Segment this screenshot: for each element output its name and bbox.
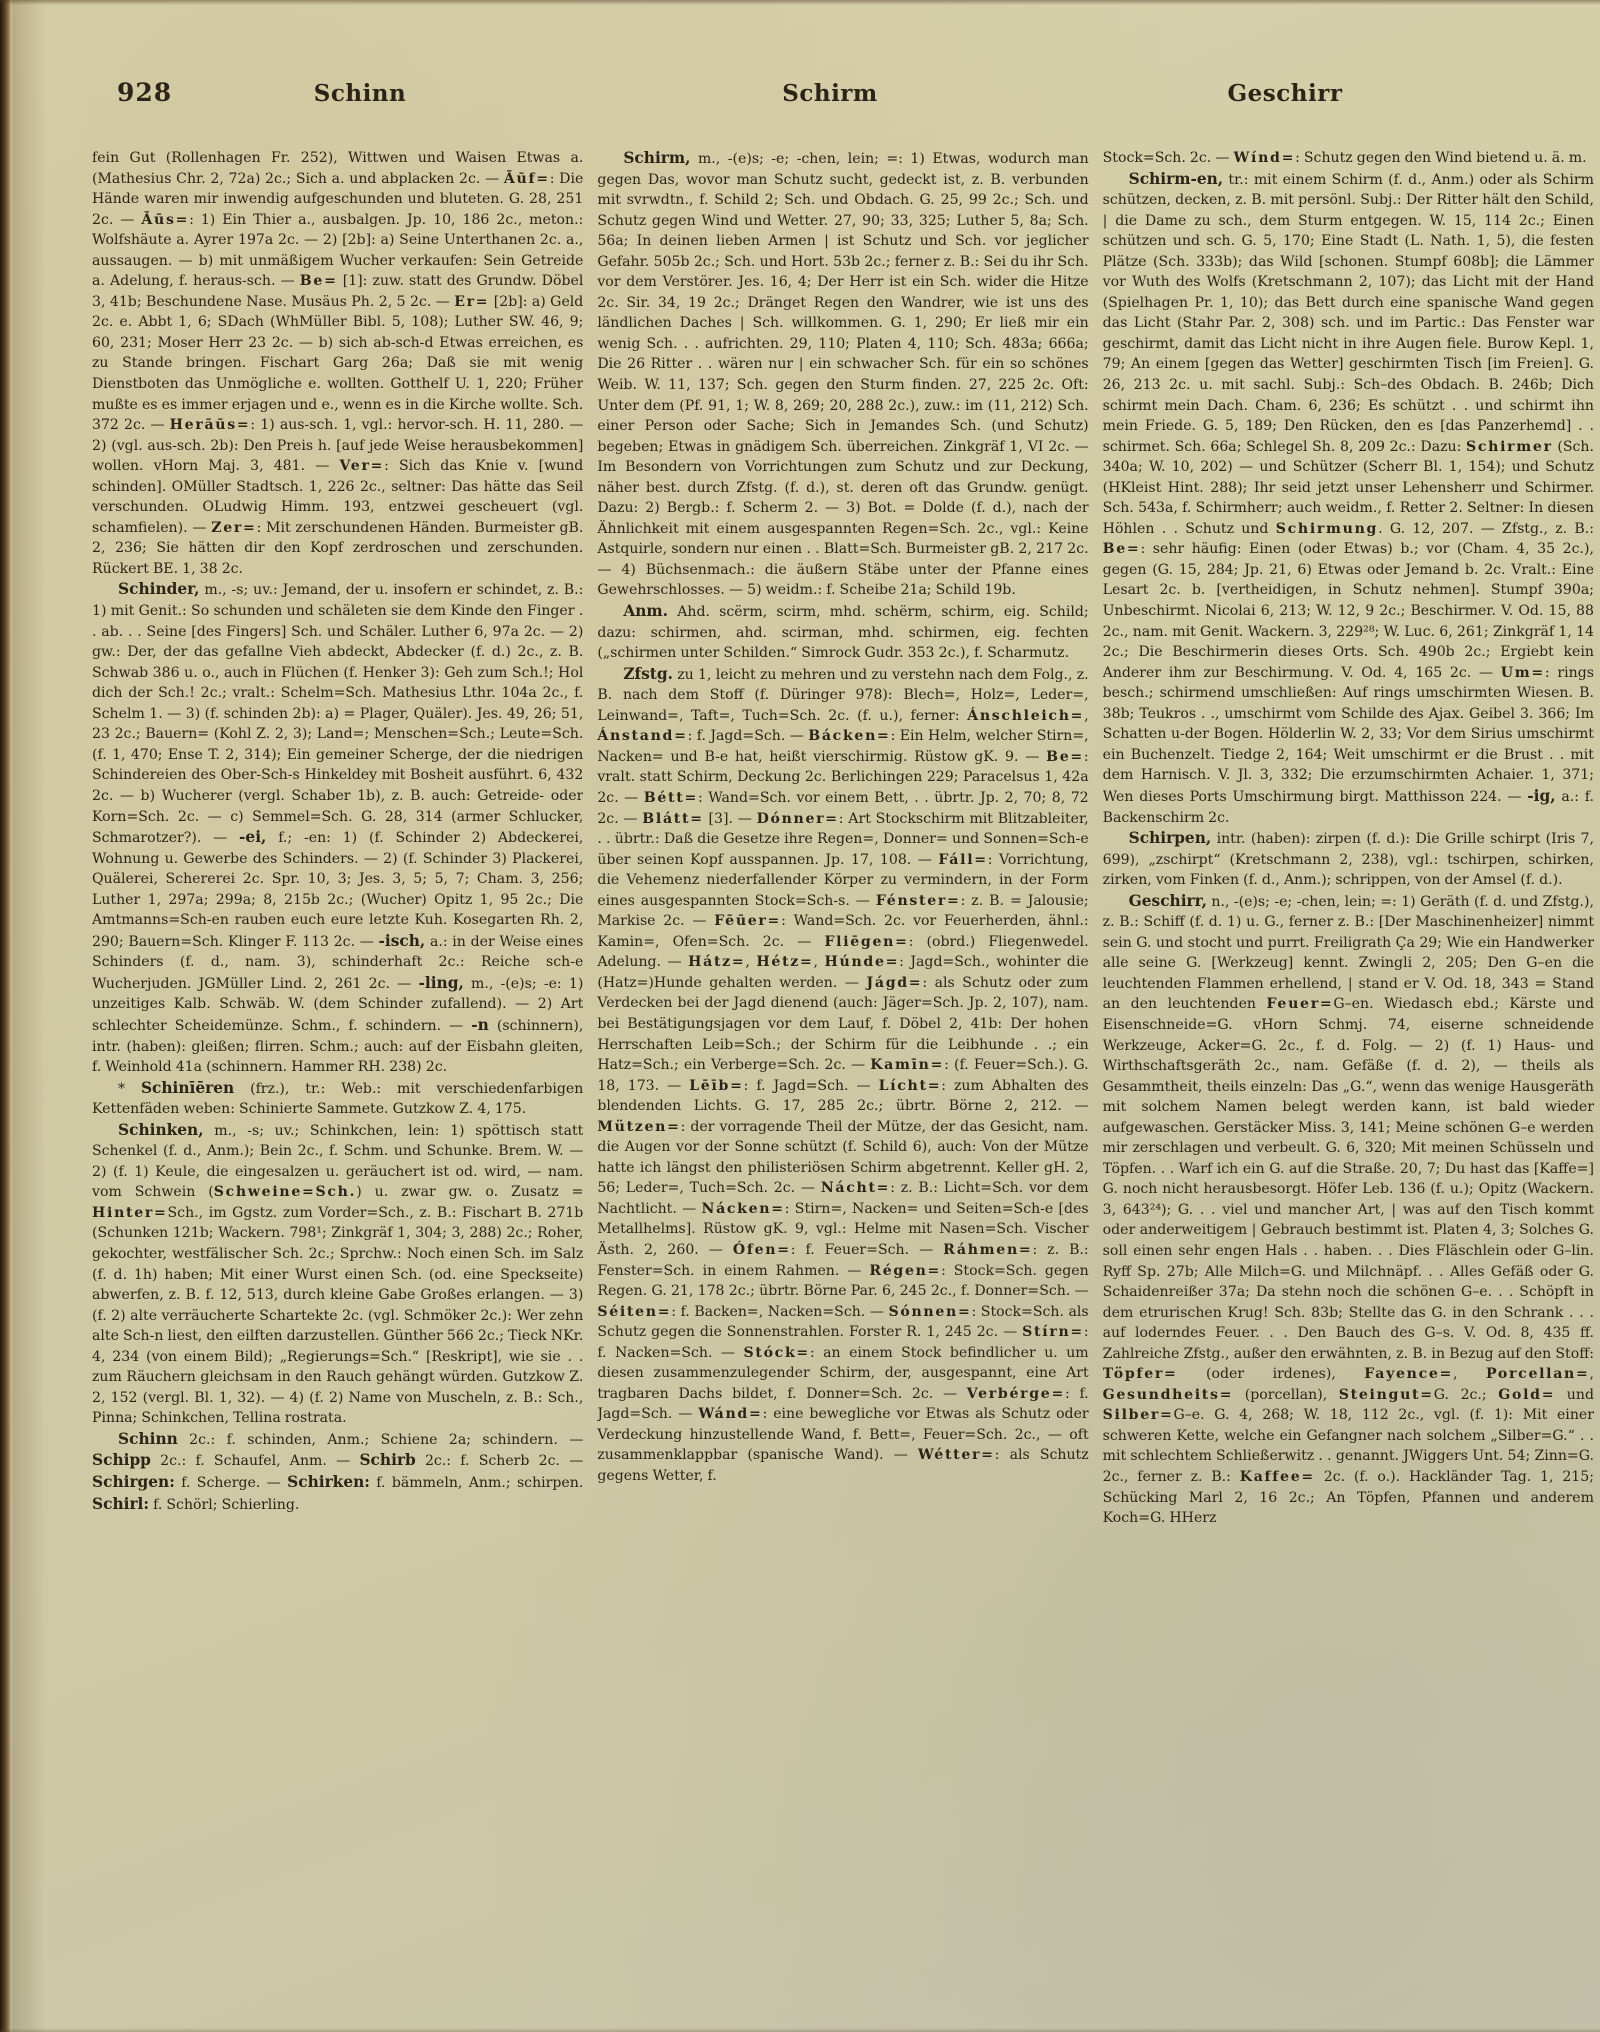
text-columns: fein Gut (Rollenhagen Fr. 252), Wittwen …: [92, 148, 1594, 1918]
entry-paragraph: * Schinīēren (frz.), tr.: Web.: mit vers…: [92, 1078, 583, 1120]
entry-paragraph: Schirpen, intr. (haben): zirpen (f. d.):…: [1103, 828, 1594, 891]
entry-paragraph: Schirm, m., -(e)s; -e; -chen, lein; =: 1…: [597, 148, 1088, 601]
page-number: 928: [117, 78, 172, 107]
entry-paragraph: Schinn 2c.: f. schinden, Anm.; Schiene 2…: [92, 1429, 583, 1515]
text-column-2: Schirm, m., -(e)s; -e; -chen, lein; =: 1…: [597, 148, 1088, 1918]
entry-paragraph: Zfstg. zu 1, leicht zu mehren und zu ver…: [597, 664, 1088, 1487]
entry-paragraph: Anm. Ahd. scërm, scirm, mhd. schërm, sch…: [597, 601, 1088, 664]
page-binding-shadow: [12, 0, 46, 2032]
column-header-center: Schirm: [782, 80, 878, 107]
page-bottom-edge: [0, 2028, 1600, 2032]
column-header-right: Geschirr: [1228, 80, 1343, 107]
entry-paragraph: Schirm-en, tr.: mit einem Schirm (f. d.,…: [1103, 169, 1594, 829]
entry-paragraph: Schinken, m., -s; uv.; Schinkchen, lein:…: [92, 1120, 583, 1429]
entry-paragraph: Schinder, m., -s; uv.: Jemand, der u. in…: [92, 579, 583, 1077]
text-column-3: Stock=Sch. 2c. — Wínd=: Schutz gegen den…: [1103, 148, 1594, 1918]
page-binding-edge: [0, 0, 12, 2032]
entry-paragraph: Geschirr, n., -(e)s; -e; -chen, lein; =:…: [1103, 891, 1594, 1529]
entry-paragraph: Stock=Sch. 2c. — Wínd=: Schutz gegen den…: [1103, 148, 1594, 169]
text-column-1: fein Gut (Rollenhagen Fr. 252), Wittwen …: [92, 148, 583, 1918]
column-header-left: Schinn: [314, 80, 407, 107]
entry-paragraph: fein Gut (Rollenhagen Fr. 252), Wittwen …: [92, 148, 583, 579]
running-head: 928 Schinn Schirm Geschirr: [0, 0, 1600, 140]
dictionary-page: 928 Schinn Schirm Geschirr fein Gut (Rol…: [0, 0, 1600, 2032]
